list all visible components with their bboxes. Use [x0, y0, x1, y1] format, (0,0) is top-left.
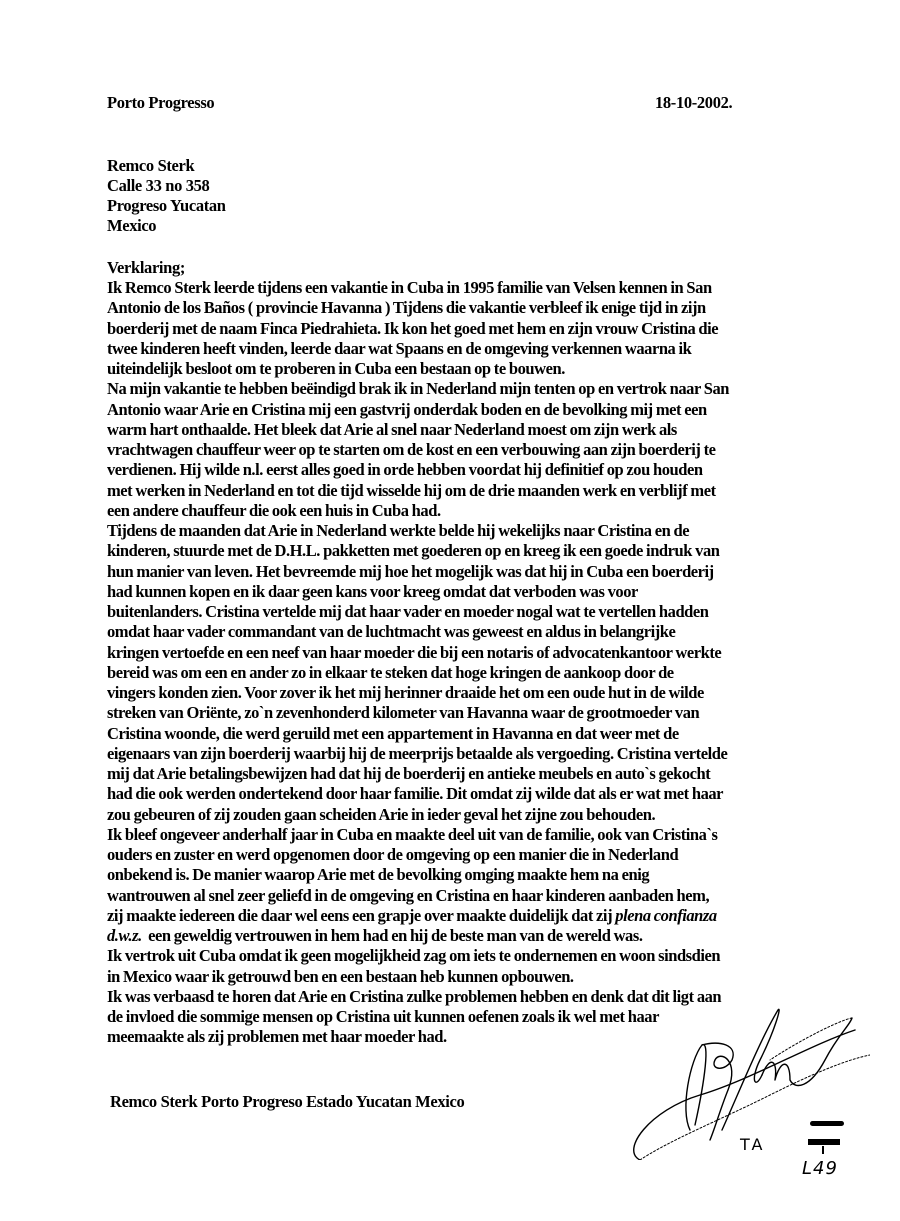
italic-phrase: plena confianza: [615, 906, 716, 925]
letter-signoff: Remco Sterk Porto Progreso Estado Yucata…: [110, 1092, 464, 1112]
body-line: kringen vertoefde en een neef van haar m…: [107, 643, 787, 663]
body-line: in Mexico waar ik getrouwd ben en een be…: [107, 967, 787, 987]
address-line: Progreso Yucatan: [107, 196, 226, 216]
handwritten-page-number: L49: [802, 1158, 838, 1179]
body-line: Antonio de los Baños ( provincie Havanna…: [107, 298, 787, 318]
letter-body: Ik Remco Sterk leerde tijdens een vakant…: [107, 278, 787, 1048]
body-line: onbekend is. De manier waarop Arie met d…: [107, 865, 787, 885]
body-line: Na mijn vakantie te hebben beëindigd bra…: [107, 379, 787, 399]
body-line: zou gebeuren of zij zouden gaan scheiden…: [107, 805, 787, 825]
body-segment: zij maakte iedereen die daar wel eens ee…: [107, 906, 615, 925]
address-line: Calle 33 no 358: [107, 176, 226, 196]
body-line: d.w.z. een geweldig vertrouwen in hem ha…: [107, 926, 787, 946]
body-line: eigenaars van zijn boerderij waarbij hij…: [107, 744, 787, 764]
body-line: streken van Oriënte, zo`n zevenhonderd k…: [107, 703, 787, 723]
handwritten-initials: TA: [740, 1135, 765, 1154]
body-line: Ik vertrok uit Cuba omdat ik geen mogeli…: [107, 946, 787, 966]
sender-address: Remco Sterk Calle 33 no 358 Progreso Yuc…: [107, 156, 226, 236]
body-line: Ik Remco Sterk leerde tijdens een vakant…: [107, 278, 787, 298]
body-line: zij maakte iedereen die daar wel eens ee…: [107, 906, 787, 926]
stamp-mark: [822, 1146, 824, 1154]
body-line: vingers konden zien. Voor zover ik het m…: [107, 683, 787, 703]
body-line: met werken in Nederland en tot die tijd …: [107, 481, 787, 501]
body-line: boerderij met de naam Finca Piedrahieta.…: [107, 319, 787, 339]
body-segment: een geweldig vertrouwen in hem had en hi…: [142, 926, 643, 945]
body-line: mij dat Arie betalingsbewijzen had dat h…: [107, 764, 787, 784]
letter-heading: Verklaring;: [107, 258, 185, 278]
body-line: vrachtwagen chauffeur weer op te starten…: [107, 440, 787, 460]
letter-page: Porto Progresso 18-10-2002. Remco Sterk …: [0, 0, 900, 1221]
body-line: wantrouwen al snel zeer geliefd in de om…: [107, 886, 787, 906]
body-line: had die ook werden ondertekend door haar…: [107, 784, 787, 804]
body-line: uiteindelijk besloot om te proberen in C…: [107, 359, 787, 379]
body-line: Cristina woonde, die werd geruild met ee…: [107, 724, 787, 744]
body-line: bereid was om een en ander zo in elkaar …: [107, 663, 787, 683]
body-line: een andere chauffeur die ook een huis in…: [107, 501, 787, 521]
body-line: warm hart onthaalde. Het bleek dat Arie …: [107, 420, 787, 440]
stamp-mark: [810, 1121, 844, 1126]
body-line: ouders en zuster en werd opgenomen door …: [107, 845, 787, 865]
stamp-mark: [808, 1139, 840, 1145]
italic-abbreviation: d.w.z.: [107, 926, 142, 945]
body-line: Antonio waar Arie en Cristina mij een ga…: [107, 400, 787, 420]
letter-place: Porto Progresso: [107, 93, 214, 113]
body-line: hun manier van leven. Het bevreemde mij …: [107, 562, 787, 582]
body-line: omdat haar vader commandant van de lucht…: [107, 622, 787, 642]
body-line: Ik bleef ongeveer anderhalf jaar in Cuba…: [107, 825, 787, 845]
body-line: had kunnen kopen en ik daar geen kans vo…: [107, 582, 787, 602]
address-line: Mexico: [107, 216, 226, 236]
body-line: Tijdens de maanden dat Arie in Nederland…: [107, 521, 787, 541]
body-line: buitenlanders. Cristina vertelde mij dat…: [107, 602, 787, 622]
address-line: Remco Sterk: [107, 156, 226, 176]
body-line: twee kinderen heeft vinden, leerde daar …: [107, 339, 787, 359]
body-line: verdienen. Hij wilde n.l. eerst alles go…: [107, 460, 787, 480]
letter-date: 18-10-2002.: [655, 93, 732, 113]
body-line: kinderen, stuurde met de D.H.L. pakkette…: [107, 541, 787, 561]
